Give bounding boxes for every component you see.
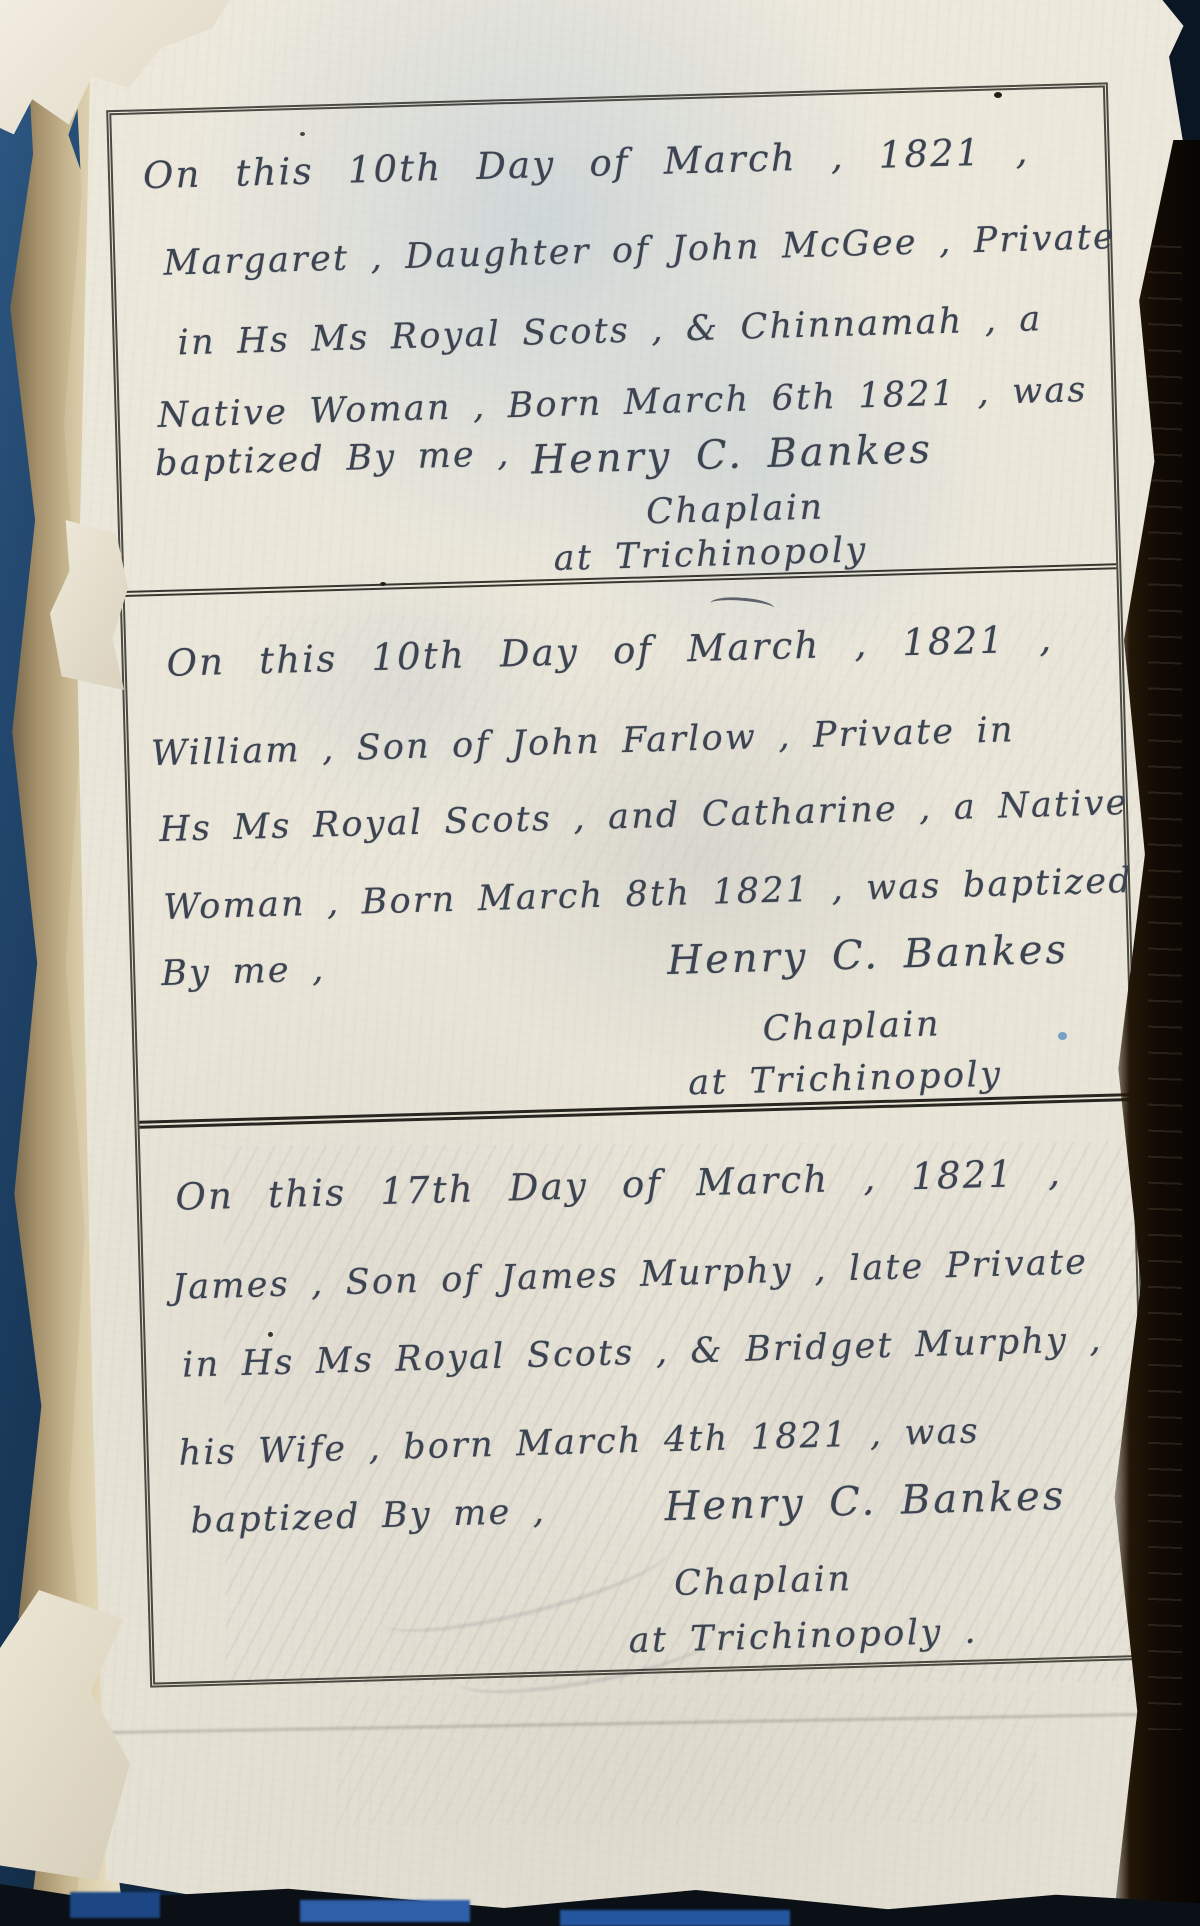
signature-place: at Trichinopoly — [553, 530, 868, 579]
entry-line: James , Son of James Murphy , late Priva… — [172, 1242, 1089, 1308]
entry-line: On this 10th Day of March , 1821 , — [166, 617, 1054, 685]
entry-line: in Hs Ms Royal Scots , & Chinnamah , a — [177, 299, 1043, 363]
entry-line: baptized By me , — [155, 434, 512, 484]
table-surface-highlight — [560, 1910, 790, 1926]
entry-line: William , Son of John Farlow , Private i… — [151, 710, 1016, 774]
signature-name: Henry C. Bankes — [531, 426, 934, 483]
entry-line: baptized By me , — [190, 1492, 547, 1542]
entry-line: Woman , Born March 8th 1821 , was baptiz… — [163, 861, 1134, 928]
register-photo: On this 10th Day of March , 1821 , Marga… — [0, 0, 1200, 1926]
entry-line: his Wife , born March 4th 1821 , was — [178, 1411, 980, 1473]
signature-role: Chaplain — [674, 1559, 853, 1604]
table-surface-highlight — [70, 1892, 160, 1918]
entry-line: By me , — [161, 950, 326, 995]
ink-speck — [268, 1332, 273, 1337]
page-edge-streaks — [1148, 230, 1182, 1730]
ink-speck — [380, 582, 386, 586]
baptism-entry-1: On this 10th Day of March , 1821 , Marga… — [111, 87, 1116, 597]
entry-line: Hs Ms Royal Scots , and Catharine , a Na… — [159, 783, 1129, 850]
signature-name: Henry C. Bankes — [667, 927, 1070, 984]
ink-bleedthrough — [336, 1692, 1037, 1826]
ink-flourish — [710, 595, 775, 616]
signature-role: Chaplain — [646, 487, 825, 532]
signature-name: Henry C. Bankes — [664, 1473, 1067, 1530]
blue-speck — [1058, 1032, 1067, 1040]
signature-place: at Trichinopoly — [688, 1055, 1003, 1104]
entry-line: in Hs Ms Royal Scots , & Bridget Murphy … — [182, 1320, 1104, 1386]
table-surface-highlight — [300, 1900, 470, 1922]
signature-role: Chaplain — [762, 1004, 941, 1049]
entry-line: On this 10th Day of March , 1821 , — [142, 130, 1030, 198]
entry-line: Native Woman , Born March 6th 1821 , was — [157, 370, 1088, 436]
ink-speck — [300, 132, 305, 136]
entry-line: On this 17th Day of March , 1821 , — [175, 1151, 1063, 1219]
signature-place: at Trichinopoly . — [628, 1612, 978, 1662]
baptism-entry-2: On this 10th Day of March , 1821 , Willi… — [125, 569, 1131, 1128]
pin-hole — [994, 92, 1002, 98]
entry-line: Margaret , Daughter of John McGee , Priv… — [163, 217, 1117, 284]
entry-frame: On this 10th Day of March , 1821 , Marga… — [106, 82, 1152, 1687]
baptism-entry-3: On this 17th Day of March , 1821 , James… — [140, 1101, 1147, 1692]
